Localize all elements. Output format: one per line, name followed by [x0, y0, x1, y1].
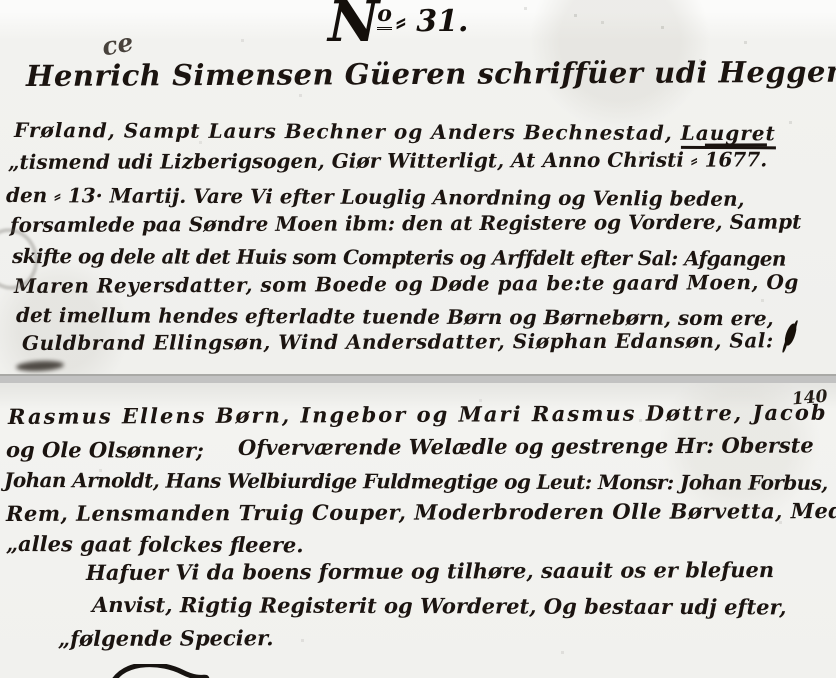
manuscript-line: Frøland, Sampt Laurs Bechner og Anders B…: [14, 120, 776, 143]
manuscript-line: Guldbrand Ellingsøn, Wind Andersdatter, …: [22, 330, 774, 353]
manuscript-line: Rem, Lensmanden Truig Couper, Moderbrode…: [6, 500, 836, 524]
ink-blot: [783, 322, 798, 347]
overlined-year: 1677.: [704, 143, 767, 171]
manuscript-line: Henrich Simensen Güeren schriffüer udi H…: [26, 57, 836, 91]
manuscript-page-2: 140 Rasmus Ellens Børn, Ingebor og Mari …: [0, 383, 836, 678]
manuscript-line: Anvist, Rigtig Registerit og Worderet, O…: [92, 594, 787, 617]
document-number-value: ⸗ 31.: [396, 4, 469, 39]
manuscript-line: „følgende Specier.: [58, 627, 274, 649]
manuscript-page-1: No⸗ 31. ce Henrich Simensen Güeren schri…: [0, 0, 836, 376]
cutoff-letter-stroke: [110, 664, 210, 678]
manuscript-line: den ⸗ 13· Martij. Vare Vi efter Louglig …: [6, 185, 745, 209]
document-number-initial: N: [328, 0, 377, 55]
manuscript-line: og Ole Olsønner;: [6, 439, 204, 461]
paper-speckles: [0, 0, 1, 1]
line-text: Frøland, Sampt Laurs Bechner og Anders B…: [14, 118, 681, 145]
manuscript-line: „alles gaat folckes fleere.: [6, 533, 304, 555]
manuscript-line: Maren Reyersdatter, som Boede og Døde pa…: [14, 272, 799, 296]
line-text: „tismend udi Lizberigsogen, Giør Witterl…: [8, 148, 705, 174]
edge-smudge: [16, 360, 64, 372]
manuscript-line: det imellum hendes efterladte tuende Bør…: [16, 305, 774, 328]
manuscript-line: Johan Arnoldt, Hans Welbiurdige Fuldmegt…: [4, 470, 828, 493]
manuscript-scan: No⸗ 31. ce Henrich Simensen Güeren schri…: [0, 0, 836, 678]
manuscript-line: Hafuer Vi da boens formue og tilhøre, sa…: [86, 559, 774, 583]
manuscript-line: Rasmus Ellens Børn, Ingebor og Mari Rasm…: [8, 402, 828, 427]
manuscript-line: skifte og dele alt det Huis som Compteri…: [12, 246, 786, 269]
flourish-mark: ce: [100, 28, 136, 62]
document-number: No⸗ 31.: [328, 0, 469, 45]
manuscript-line: „tismend udi Lizberigsogen, Giør Witterl…: [8, 149, 767, 172]
document-number-ordinal: o: [377, 1, 392, 30]
manuscript-line: forsamlede paa Søndre Moen ibm: den at R…: [10, 212, 801, 235]
manuscript-line: Ofverværende Welædle og gestrenge Hr: Ob…: [238, 434, 814, 458]
